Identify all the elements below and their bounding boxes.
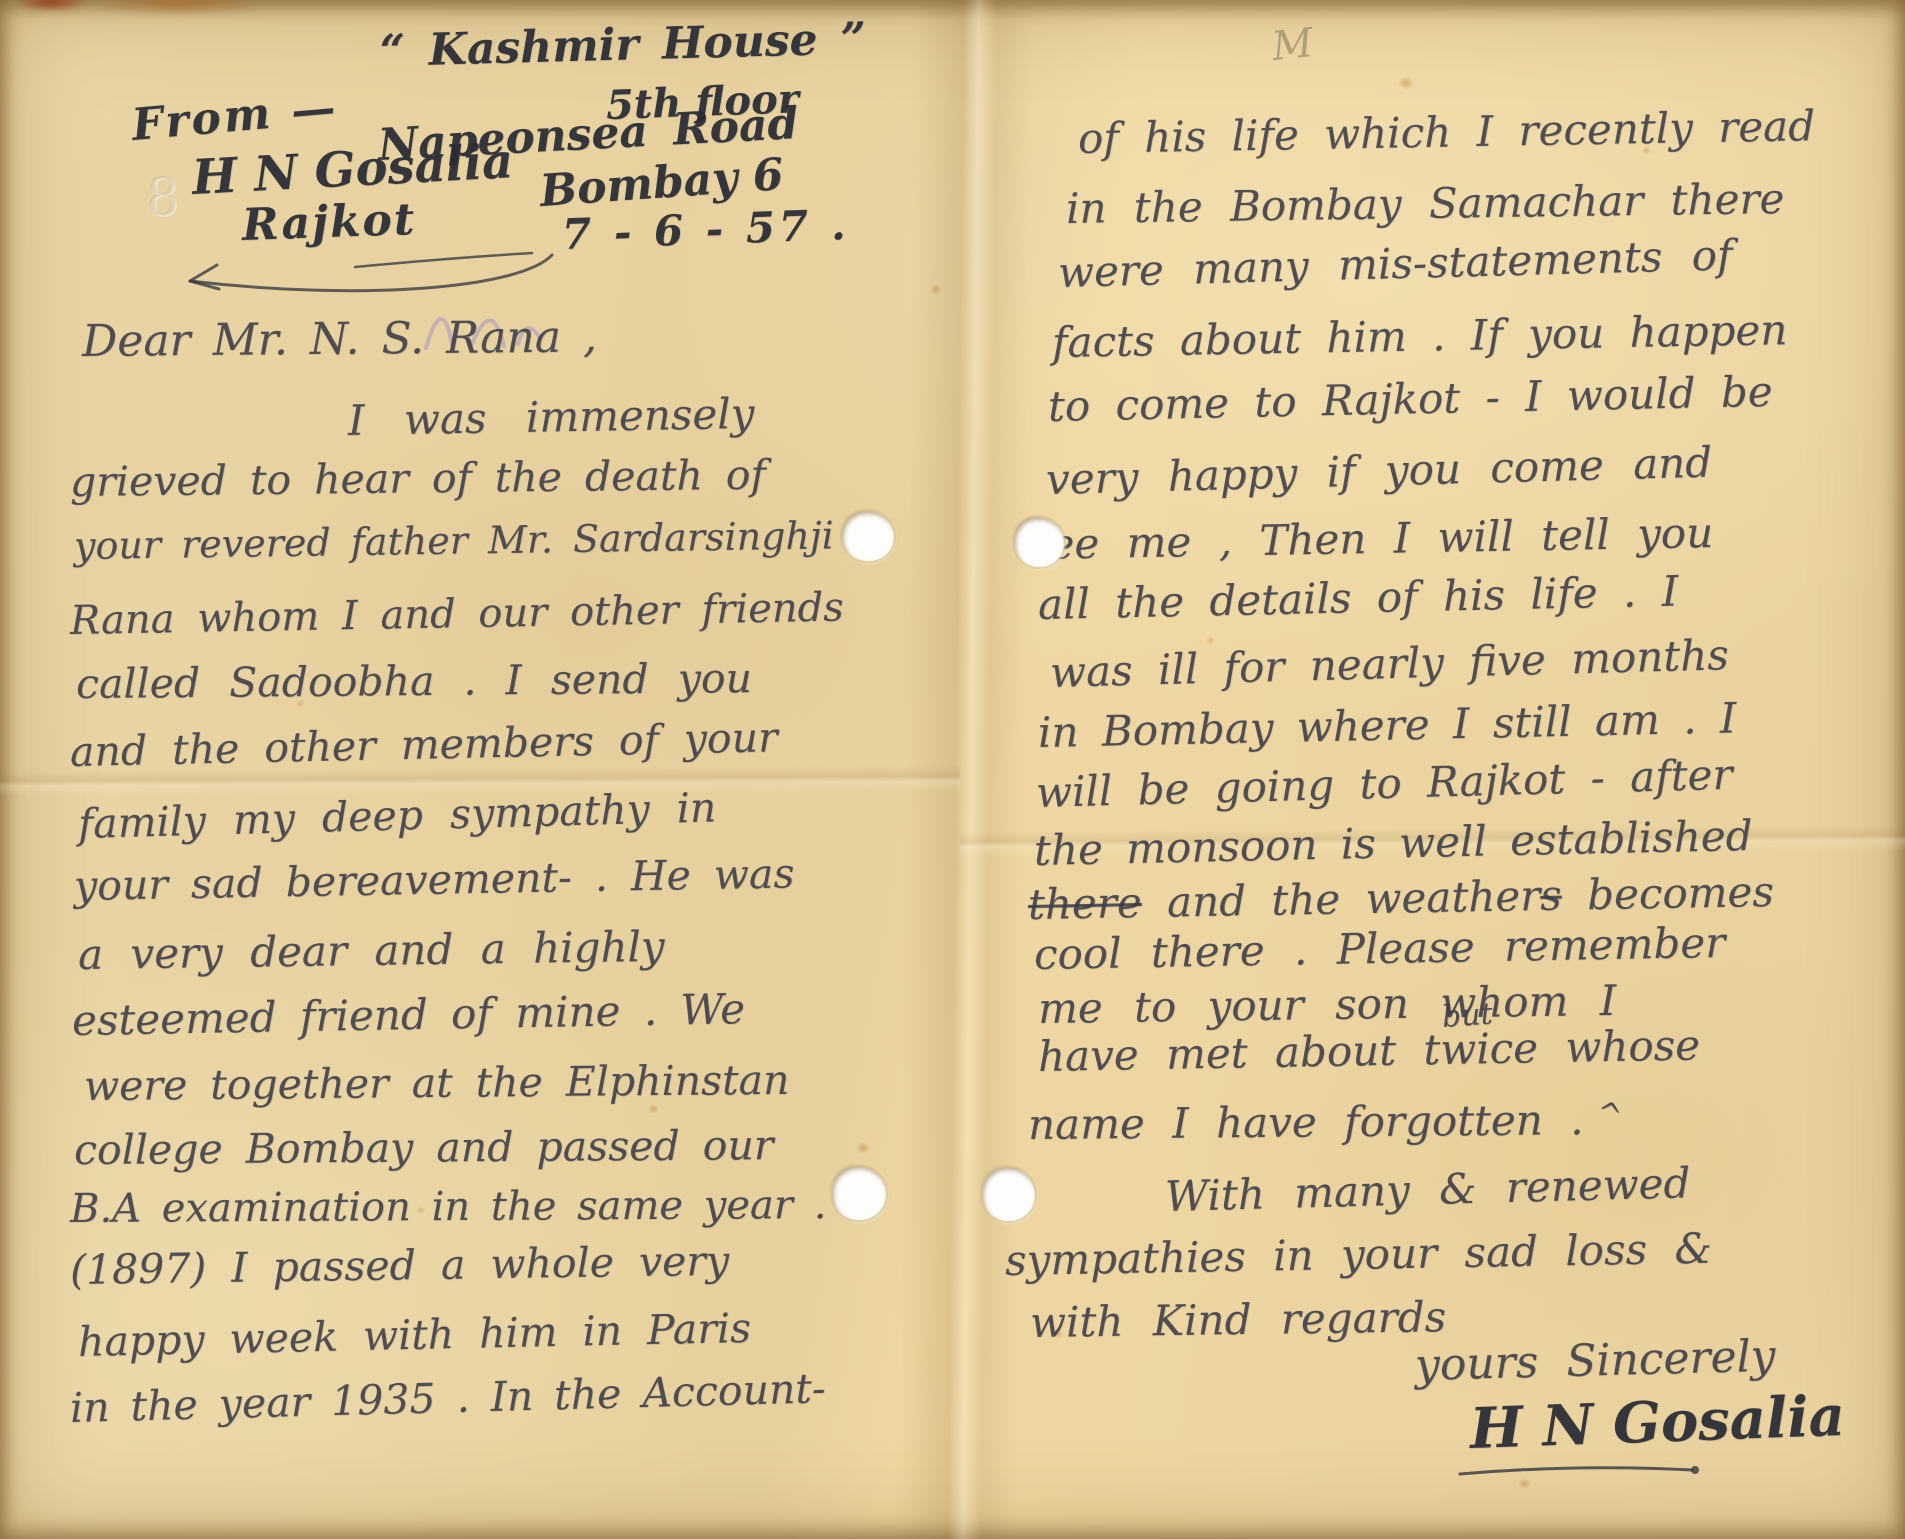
inserted-word: but bbox=[1441, 997, 1494, 1035]
handwritten-line: was ill for nearly five months bbox=[1049, 630, 1729, 697]
foxing-spot bbox=[856, 1142, 870, 1154]
handwritten-line: to come to Rajkot - I would be bbox=[1047, 367, 1773, 431]
line-text: becomes bbox=[1561, 867, 1774, 920]
handwritten-line: happy week with him in Paris bbox=[77, 1304, 751, 1366]
handwritten-line: your sad bereavement- . He was bbox=[74, 849, 795, 910]
underline-arrow bbox=[120, 225, 610, 315]
punch-hole bbox=[842, 511, 894, 561]
letter-date: 7 - 6 - 57 . bbox=[561, 200, 850, 259]
address-house: “ Kashmir House ” bbox=[379, 13, 866, 77]
handwritten-line: I was immensely bbox=[348, 389, 755, 445]
brown-edge-stain bbox=[94, 0, 264, 16]
salutation: Dear Mr. N. S. Rana , bbox=[82, 312, 597, 367]
line-text: name I have forgotten . bbox=[1028, 1095, 1584, 1149]
handwritten-line: your revered father Mr. Sardarsinghji bbox=[74, 513, 834, 568]
line-text: and the weather bbox=[1141, 871, 1540, 927]
letter-scan: 8 M From — H N Gosalia Rajkot “ Kashmir … bbox=[0, 0, 1905, 1539]
closing-line: with Kind regards bbox=[1030, 1292, 1447, 1347]
from-label: From — bbox=[130, 82, 341, 151]
handwritten-line: B.A examination in the same year . bbox=[70, 1182, 827, 1232]
handwritten-line: all the details of his life . I bbox=[1037, 567, 1678, 629]
closing-line: With many & renewed bbox=[1164, 1158, 1691, 1221]
handwritten-line: Rana whom I and our other friends bbox=[70, 584, 844, 643]
handwritten-line: see me , Then I will tell you bbox=[1028, 508, 1714, 569]
closing-line: sympathies in your sad loss & bbox=[1005, 1224, 1713, 1285]
signoff: yours Sincerely bbox=[1414, 1331, 1776, 1391]
handwritten-line: esteemed friend of mine . We bbox=[72, 984, 746, 1045]
handwritten-line: in the Bombay Samachar there bbox=[1066, 174, 1785, 233]
handwritten-line: the monsoon is well established bbox=[1033, 811, 1752, 875]
handwritten-line: facts about him . If you happen bbox=[1052, 305, 1788, 367]
caret-mark: ^ bbox=[1592, 1095, 1625, 1135]
handwritten-line: grieved to hear of the death of bbox=[70, 451, 766, 506]
handwritten-line: will be going to Rajkot - after bbox=[1035, 750, 1733, 817]
handwritten-line: college Bombay and passed our bbox=[74, 1121, 774, 1174]
handwritten-line: in the year 1935 . In the Account- bbox=[69, 1364, 826, 1432]
handwritten-line: in Bombay where I still am . I bbox=[1037, 693, 1736, 757]
punch-hole bbox=[832, 1166, 886, 1220]
red-edge-stain bbox=[14, 0, 88, 12]
handwritten-line: a very dear and a highly bbox=[78, 922, 665, 979]
handwritten-line: of his life which I recently read bbox=[1078, 101, 1816, 163]
embossed-mark: 8 bbox=[146, 168, 179, 228]
handwritten-line: called Sadoobha . I send you bbox=[76, 654, 752, 708]
foxing-spot bbox=[648, 1104, 659, 1114]
handwritten-line: have met about twice whose bbox=[1038, 1020, 1701, 1081]
handwritten-line: very happy if you come and bbox=[1045, 438, 1712, 504]
punch-hole bbox=[1014, 517, 1064, 567]
handwritten-line: were many mis-statements of bbox=[1057, 230, 1733, 297]
handwritten-line: were together at the Elphinstan bbox=[84, 1056, 790, 1110]
struck-word: there bbox=[1028, 878, 1143, 929]
handwritten-line: name I have forgotten .^ bbox=[1028, 1095, 1619, 1149]
punch-hole bbox=[982, 1167, 1035, 1221]
signature: H N Gosalia bbox=[1469, 1383, 1846, 1462]
pencil-mark-m: M bbox=[1270, 20, 1316, 70]
handwritten-line: (1897) I passed a whole very bbox=[70, 1237, 730, 1294]
struck-letter: s bbox=[1540, 871, 1562, 920]
signature-underline bbox=[1452, 1458, 1722, 1486]
foxing-spot bbox=[930, 284, 942, 295]
foxing-spot bbox=[1398, 76, 1414, 90]
